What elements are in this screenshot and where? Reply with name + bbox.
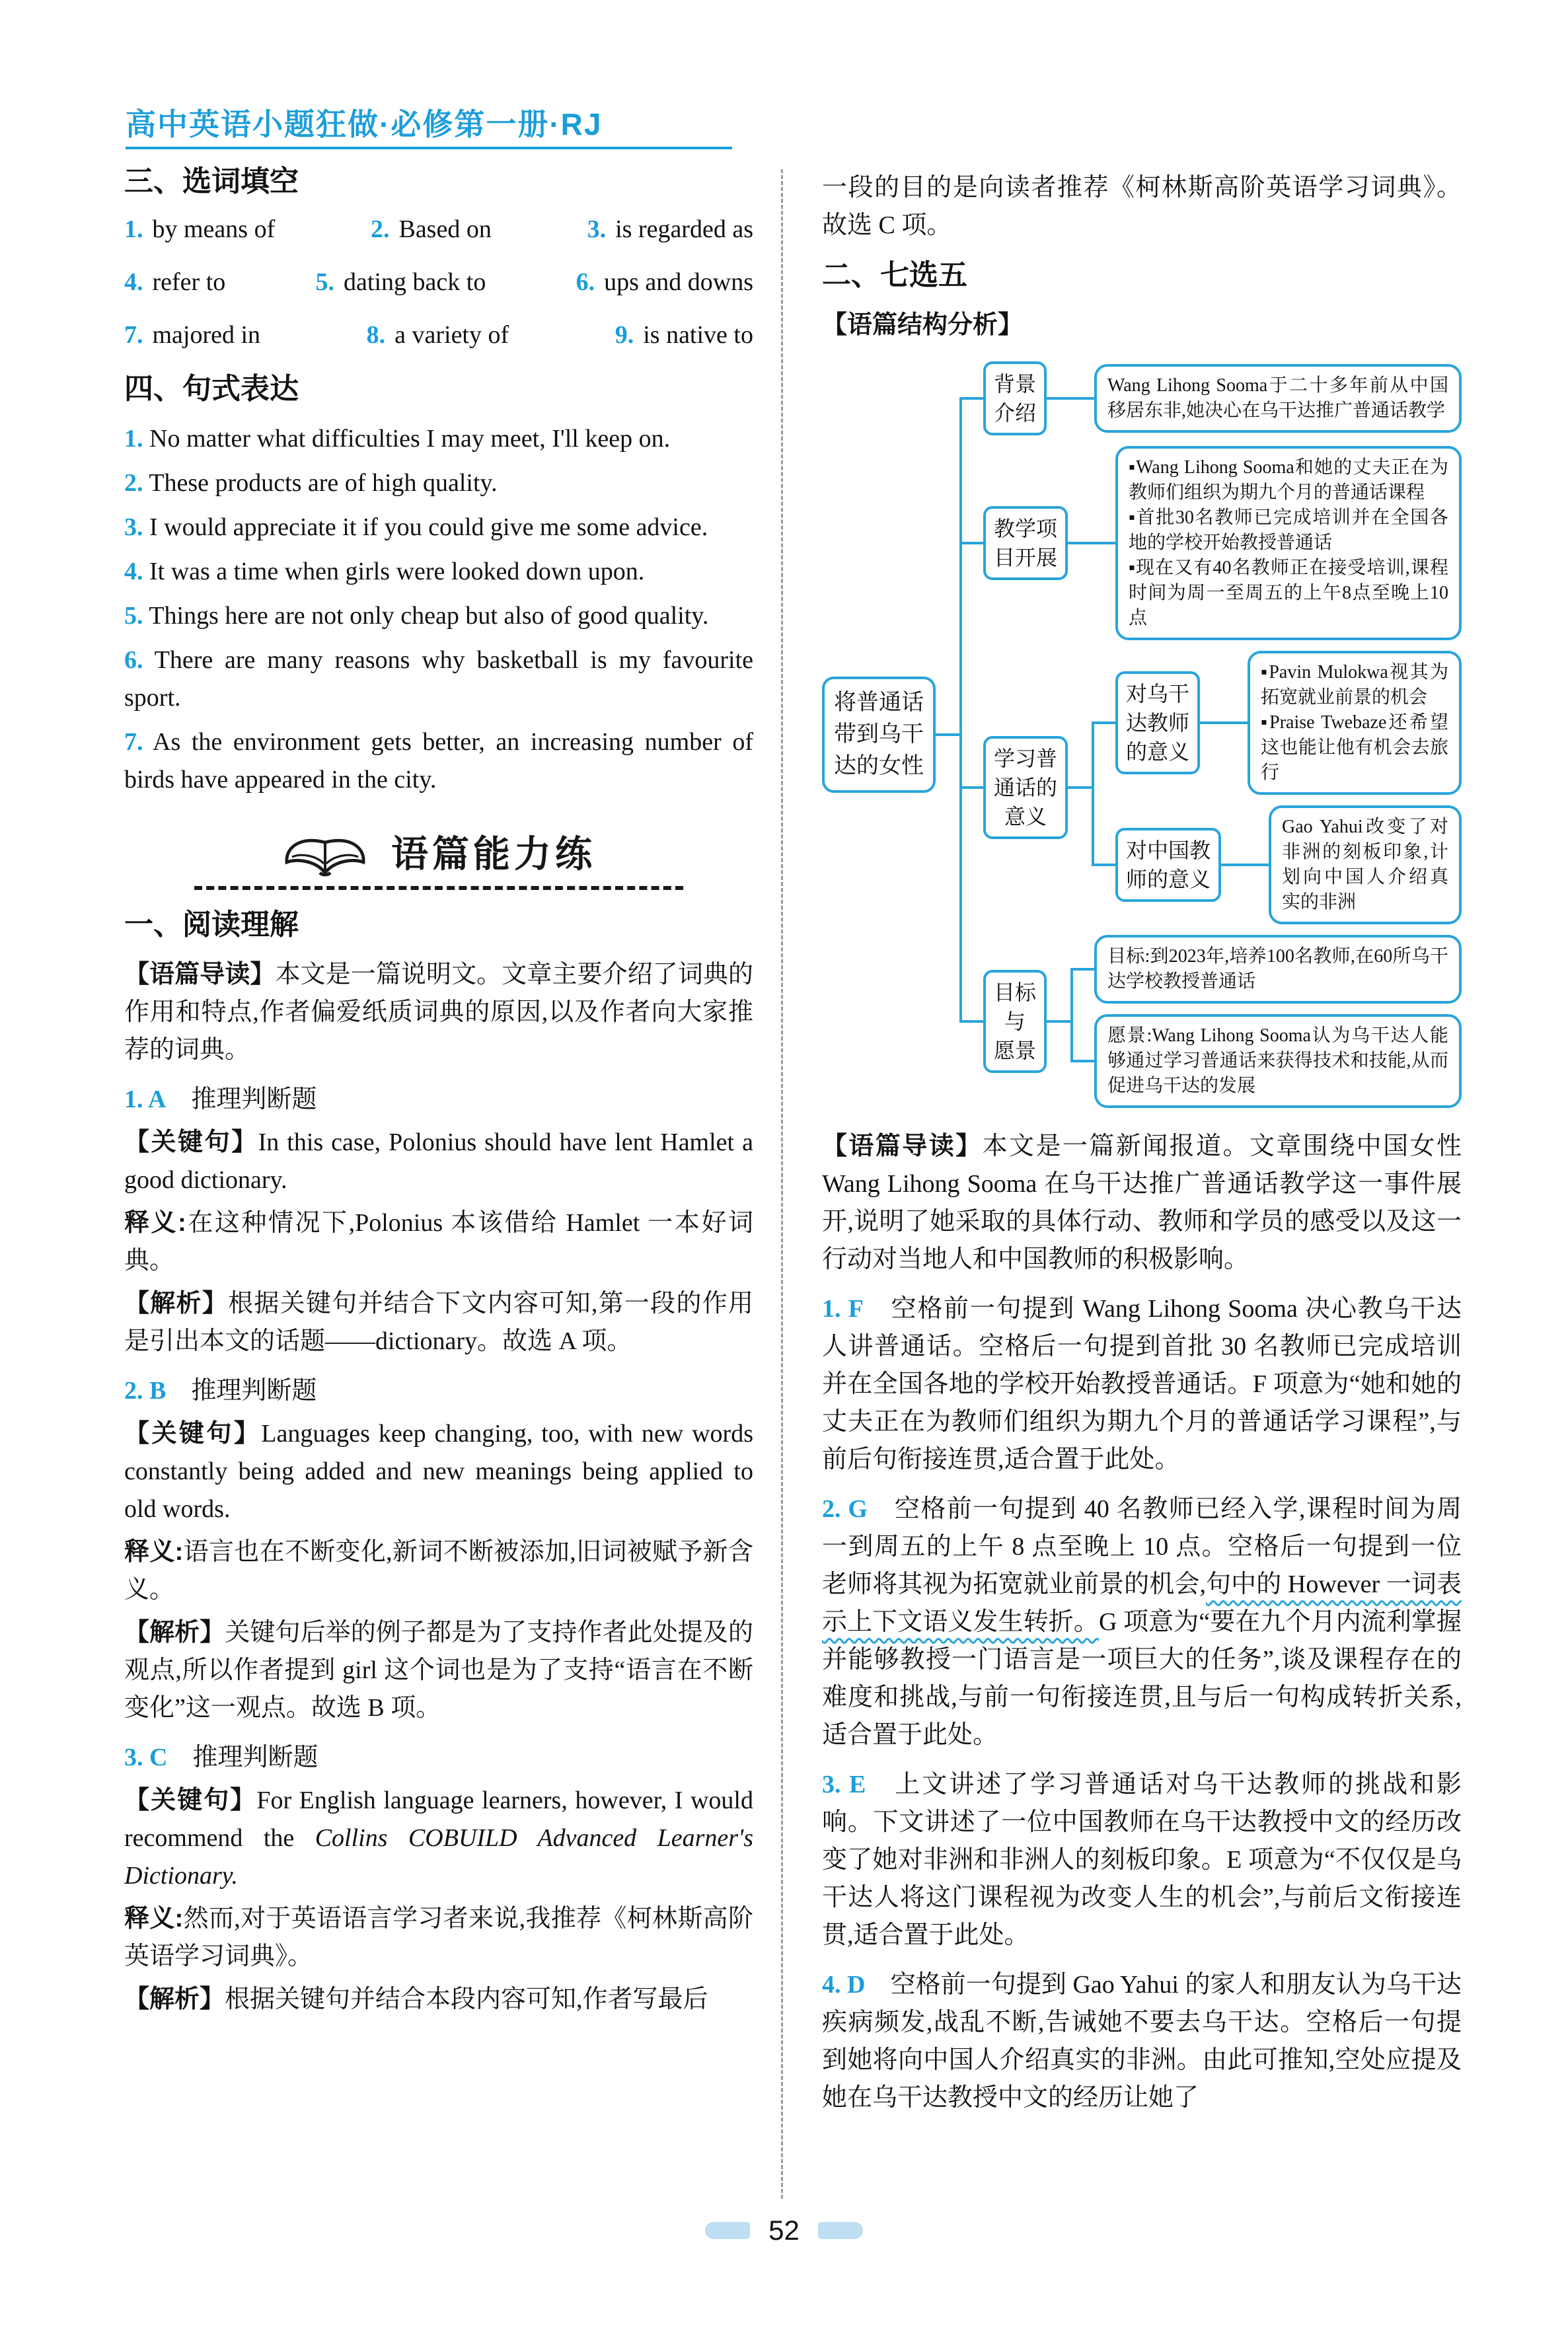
banner-label: 语篇能力练 [391,825,596,878]
chart-branch-label: 学习普 通话的 意义 [983,736,1068,839]
word-option: 7.majored in [124,318,260,351]
text-segment: 4. [124,558,143,585]
sentence-item: 7. As the environment gets better, an in… [124,723,753,799]
paragraph: 【解析】根据关键句并结合下文内容可知,第一段的作用是引出本文的话题——dicti… [124,1285,753,1360]
text-segment: by means of [153,215,276,243]
seven-five-answer-block: 【语篇导读】本文是一篇新闻报道。文章围绕中国女性 Wang Lihong Soo… [822,1128,1462,2117]
chart-tree: 将普通话 带到乌干 达的女性背景 介绍Wang Lihong Sooma于二十多… [822,361,1462,1108]
text-segment: 空格前一句提到 Wang Lihong Sooma 决心教乌干达人讲普通话。空格… [822,1295,1462,1473]
chart-leaf-row: 愿景:Wang Lihong Sooma认为乌干达人能够通过学习普通话来获得技术… [1070,1014,1462,1108]
word-option: 5.dating back to [316,266,486,299]
chart-leaf: Wang Lihong Sooma于二十多年前从中国移居东非,她决心在乌干达推广… [1094,364,1462,433]
sentence-item: 6. There are many reasons why basketball… [124,642,753,717]
sentence-item: 5. Things here are not only cheap but al… [124,597,753,635]
chart-leaf-row: 目标:到2023年,培养100名教师,在60所乌干达学校教授普通话 [1070,935,1462,1004]
text-segment: 7. [124,728,143,756]
carry-over-paragraph: 一段的目的是向读者推荐《柯林斯高阶英语学习词典》。故选 C 项。 [822,169,1462,244]
chart-branch-label: 背景 介绍 [983,361,1047,435]
text-segment: is native to [643,321,753,349]
sentence-answers: 1. No matter what difficulties I may mee… [124,420,753,799]
paragraph: 【解析】关键句后举的例子都是为了支持作者此处提及的观点,所以作者提到 girl … [124,1614,753,1727]
chart-branch: 对乌干 达教师 的意义▪Pavin Mulokwa视其为拓宽就业前景的机会 ▪P… [1092,651,1462,795]
text-segment: 释义: [124,1538,183,1566]
text-segment: 【语篇导读】 [822,1132,983,1160]
word-bank-row: 1.by means of2.Based on3.is regarded as [124,213,753,246]
structure-flowchart: 将普通话 带到乌干 达的女性背景 介绍Wang Lihong Sooma于二十多… [822,361,1462,1108]
chart-leaf-row: ▪Wang Lihong Sooma和她的丈夫正在为教师们组织为期九个月的普通话… [1092,446,1462,640]
text-segment: 在这种情况下,Polonius 本该借给 Hamlet 一本好词典。 [124,1209,753,1274]
text-segment: 2. B [124,1377,166,1405]
chart-branch: 学习普 通话的 意义对乌干 达教师 的意义▪Pavin Mulokwa视其为拓宽… [959,651,1462,924]
sentence-item: 4. It was a time when girls were looked … [124,553,753,591]
chart-leaf-row: Wang Lihong Sooma于二十多年前从中国移居东非,她决心在乌干达推广… [1070,364,1462,433]
text-segment: 【解析】 [124,1985,225,2013]
text-segment: 6. [576,268,595,296]
sentence-item: 2. These products are of high quality. [124,464,753,502]
chart-root: 将普通话 带到乌干 达的女性 [822,677,936,793]
paragraph: 释义:然而,对于英语语言学习者来说,我推荐《柯林斯高阶英语学习词典》。 [124,1900,753,1975]
workbook-page: 高中英语小题狂做·必修第一册·RJ 三、选词填空 1.by means of2.… [0,0,1568,2325]
text-segment: 1. [124,425,143,453]
chart-branch-label: 对中国教 师的意义 [1115,828,1221,902]
text-segment: 3. C [124,1744,167,1771]
paragraph: 释义:语言也在不断变化,新词不断被添加,旧词被赋予新含义。 [124,1533,753,1609]
text-segment: There are many reasons why basketball is… [124,646,753,712]
text-segment: 释义: [124,1905,183,1933]
paragraph: 【关键句】For English language learners, howe… [124,1782,753,1895]
chart-leaf: 目标:到2023年,培养100名教师,在60所乌干达学校教授普通话 [1094,935,1462,1004]
text-segment: 6. [124,646,143,674]
text-segment: These products are of high quality. [143,469,498,497]
text-segment: 释义: [124,1209,186,1237]
text-segment: 8. [367,321,386,349]
word-bank-row: 4.refer to5.dating back to6.ups and down… [124,266,753,299]
text-segment: 3. [124,513,143,541]
answer-paragraph: 2. B 推理判断题 [124,1372,753,1410]
text-segment: 1. A [124,1086,166,1113]
paragraph: 【语篇导读】本文是一篇新闻报道。文章围绕中国女性 Wang Lihong Soo… [822,1128,1462,1278]
chart-leaf-row: ▪Pavin Mulokwa视其为拓宽就业前景的机会 ▪Praise Tweba… [1224,651,1462,795]
chart-branch: 目标 与 愿景目标:到2023年,培养100名教师,在60所乌干达学校教授普通话… [959,935,1462,1108]
paragraph: 【解析】根据关键句并结合本段内容可知,作者写最后 [124,1981,753,2018]
answer-paragraph: 1. A 推理判断题 [124,1081,753,1119]
chart-branch-children: 目标:到2023年,培养100名教师,在60所乌干达学校教授普通话愿景:Wang… [1070,935,1462,1108]
text-segment: 3. [587,215,607,243]
text-segment: Based on [398,215,491,243]
word-option: 8.a variety of [367,318,509,351]
word-option: 1.by means of [124,213,275,246]
text-segment: 推理判断题 [166,1377,317,1405]
footer-pill-right [818,2222,863,2239]
sentence-item: 1. No matter what difficulties I may mee… [124,420,753,458]
text-segment: 4. [124,268,143,296]
text-segment: ups and downs [604,268,753,296]
text-segment: No matter what difficulties I may meet, … [143,425,671,453]
answer-paragraph: 3. C 推理判断题 [124,1739,753,1777]
chart-leaf-row: Gao Yahui改变了对非洲的刻板印象,计划向中国人介绍真实的非洲 [1245,805,1462,924]
chart-branch: 教学项 目开展▪Wang Lihong Sooma和她的丈夫正在为教师们组织为期… [959,446,1462,640]
title-underline [126,147,732,149]
chart-branch-children: Gao Yahui改变了对非洲的刻板印象,计划向中国人介绍真实的非洲 [1245,805,1462,924]
section-heading-sentences: 四、句式表达 [124,371,753,407]
text-segment: 5. [316,268,335,296]
section-heading-seven-five: 二、七选五 [822,258,1462,293]
text-segment: 【关键句】 [124,1128,258,1156]
chart-branch-label: 对乌干 达教师 的意义 [1115,671,1200,774]
text-segment: 然而,对于英语语言学习者来说,我推荐《柯林斯高阶英语学习词典》。 [124,1905,753,1970]
text-segment: 根据关键句并结合本段内容可知,作者写最后 [225,1985,708,2013]
text-segment: It was a time when girls were looked dow… [143,558,645,585]
word-option: 4.refer to [124,266,225,299]
section-heading-word-fill: 三、选词填空 [124,164,753,200]
structure-analysis-label: 【语篇结构分析】 [822,307,1462,344]
text-segment: a variety of [394,321,509,349]
text-segment: 9. [615,321,634,349]
text-segment: 7. [124,321,143,349]
section-heading-reading: 一、阅读理解 [124,907,753,943]
chart-branch-children: 对乌干 达教师 的意义▪Pavin Mulokwa视其为拓宽就业前景的机会 ▪P… [1092,651,1462,924]
chart-leaf: ▪Pavin Mulokwa视其为拓宽就业前景的机会 ▪Praise Tweba… [1248,651,1462,795]
answer-paragraph: 2. G 空格前一句提到 40 名教师已经入学,课程时间为周一到周五的上午 8 … [822,1491,1462,1754]
text-segment: 4. D [822,1971,866,1999]
page-number: 52 [768,2215,800,2246]
footer-pill-left [705,2222,750,2239]
text-segment: 语言也在不断变化,新词不断被添加,旧词被赋予新含义。 [124,1538,753,1604]
left-column: 三、选词填空 1.by means of2.Based on3.is regar… [124,164,753,2024]
text-segment: 2. [371,215,390,243]
word-option: 9.is native to [615,318,753,351]
text-segment: 【解析】 [124,1619,225,1646]
text-segment: 5. [124,602,143,630]
word-option: 3.is regarded as [587,213,753,246]
page-title: 高中英语小题狂做·必修第一册·RJ [126,100,602,144]
chart-branch-children: ▪Pavin Mulokwa视其为拓宽就业前景的机会 ▪Praise Tweba… [1224,651,1462,795]
paragraph: 【语篇导读】本文是一篇说明文。文章主要介绍了词典的作用和特点,作者偏爱纸质词典的… [124,956,753,1069]
text-segment: 3. E [822,1771,866,1798]
chart-branch-children: ▪Wang Lihong Sooma和她的丈夫正在为教师们组织为期九个月的普通话… [1092,446,1462,640]
text-segment: is regarded as [615,215,753,243]
text-segment: I would appreciate it if you could give … [143,513,708,541]
chart-leaf: 愿景:Wang Lihong Sooma认为乌干达人能够通过学习普通话来获得技术… [1094,1014,1462,1108]
column-divider [781,169,783,2199]
text-segment: 2. G [822,1495,868,1523]
text-segment: 【关键句】 [124,1420,261,1448]
text-segment: 推理判断题 [166,1086,317,1113]
text-segment: Things here are not only cheap but also … [143,602,709,630]
right-column: 一段的目的是向读者推荐《柯林斯高阶英语学习词典》。故选 C 项。 二、七选五 【… [822,164,1462,2122]
chart-branch: 背景 介绍Wang Lihong Sooma于二十多年前从中国移居东非,她决心在… [959,361,1462,435]
text-segment: 【语篇导读】 [124,961,276,988]
word-bank-answers: 1.by means of2.Based on3.is regarded as4… [124,213,753,351]
answer-paragraph: 4. D 空格前一句提到 Gao Yahui 的家人和朋友认为乌干达疾病频发,战… [822,1966,1462,2117]
text-segment: majored in [153,321,261,349]
discourse-banner: 语篇能力练 [194,825,683,890]
text-segment: 1. F [822,1295,864,1323]
text-segment: 1. [124,215,143,243]
reading-answer-block: 【语篇导读】本文是一篇说明文。文章主要介绍了词典的作用和特点,作者偏爱纸质词典的… [124,956,753,2018]
text-segment: 上文讲述了学习普通话对乌干达教师的挑战和影响。下文讲述了一位中国教师在乌干达教授… [822,1771,1462,1949]
open-book-icon [281,828,369,878]
text-segment: 2. [124,469,143,497]
chart-branch: 对中国教 师的意义Gao Yahui改变了对非洲的刻板印象,计划向中国人介绍真实… [1092,805,1462,924]
text-segment: dating back to [344,268,486,296]
answer-paragraph: 3. E 上文讲述了学习普通话对乌干达教师的挑战和影响。下文讲述了一位中国教师在… [822,1766,1462,1954]
chart-branch-children: Wang Lihong Sooma于二十多年前从中国移居东非,她决心在乌干达推广… [1070,364,1462,433]
text-segment: refer to [153,268,226,296]
word-option: 2.Based on [371,213,492,246]
chart-branch-label: 目标 与 愿景 [983,970,1047,1073]
chart-root-children: 背景 介绍Wang Lihong Sooma于二十多年前从中国移居东非,她决心在… [959,361,1462,1108]
text-segment: 空格前一句提到 Gao Yahui 的家人和朋友认为乌干达疾病频发,战乱不断,告… [822,1971,1462,2112]
chart-leaf: ▪Wang Lihong Sooma和她的丈夫正在为教师们组织为期九个月的普通话… [1115,446,1462,640]
answer-paragraph: 1. F 空格前一句提到 Wang Lihong Sooma 决心教乌干达人讲普… [822,1290,1462,1479]
paragraph: 【关键句】In this case, Polonius should have … [124,1124,753,1199]
paragraph: 释义:在这种情况下,Polonius 本该借给 Hamlet 一本好词典。 [124,1204,753,1280]
text-segment: As the environment gets better, an incre… [124,728,753,793]
word-bank-row: 7.majored in8.a variety of9.is native to [124,318,753,351]
text-segment: 一段的目的是向读者推荐《柯林斯高阶英语学习词典》。故选 C 项。 [822,174,1462,239]
page-footer: 52 [0,2215,1568,2246]
word-option: 6.ups and downs [576,266,753,299]
sentence-item: 3. I would appreciate it if you could gi… [124,509,753,546]
chart-leaf: Gao Yahui改变了对非洲的刻板印象,计划向中国人介绍真实的非洲 [1269,805,1462,924]
paragraph: 【关键句】Languages keep changing, too, with … [124,1415,753,1528]
chart-branch-label: 教学项 目开展 [983,506,1068,580]
text-segment: 【解析】 [124,1290,228,1317]
text-segment: 【关键句】 [124,1787,256,1814]
text-segment: 推理判断题 [167,1744,318,1771]
